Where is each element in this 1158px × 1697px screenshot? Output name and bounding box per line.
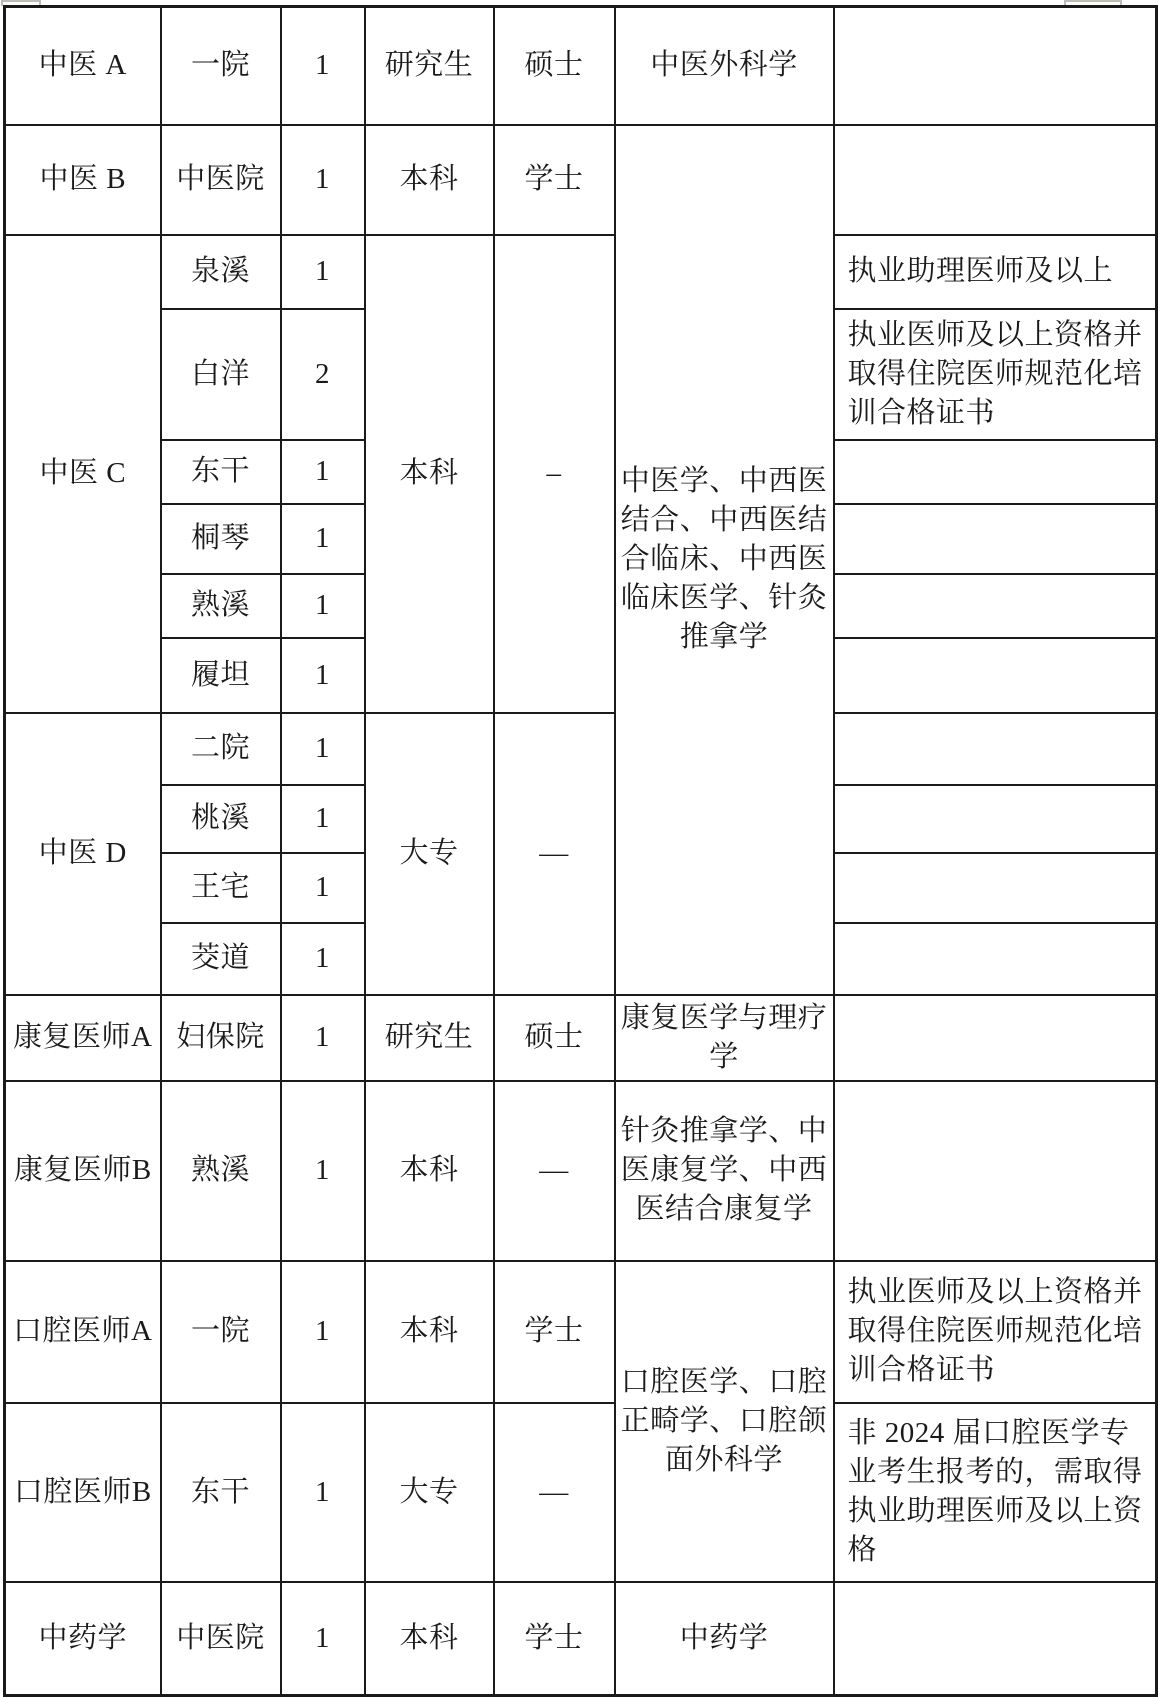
cell-location: 中医院 (161, 1582, 281, 1696)
cell-count: 1 (281, 785, 365, 853)
cell-count: 1 (281, 235, 365, 309)
cell-education: 研究生 (365, 7, 494, 125)
cell-count: 1 (281, 1261, 365, 1403)
cell-major: 中医外科学 (615, 7, 834, 125)
cell-count: 1 (281, 504, 365, 574)
cell-location: 桐琴 (161, 504, 281, 574)
cell-other: 非 2024 届口腔医学专业考生报考的，需取得执业助理医师及以上资格 (834, 1403, 1157, 1582)
cell-position: 口腔医师B (5, 1403, 161, 1582)
document-page: 中医 A 一院 1 研究生 硕士 中医外科学 中医 B 中医院 1 本科 学士 … (0, 0, 1158, 1697)
cell-count: 1 (281, 713, 365, 785)
cell-degree: 学士 (494, 125, 615, 235)
table-row: 口腔医师A 一院 1 本科 学士 口腔医学、口腔正畸学、口腔颌面外科学 执业医师… (5, 1261, 1157, 1403)
cell-count: 1 (281, 995, 365, 1081)
cell-position: 中医 D (5, 713, 161, 995)
cell-education: 本科 (365, 235, 494, 713)
cell-other (834, 638, 1157, 713)
cell-location: 东干 (161, 440, 281, 504)
cell-location: 妇保院 (161, 995, 281, 1081)
cell-location: 泉溪 (161, 235, 281, 309)
cell-count: 1 (281, 1403, 365, 1582)
cell-position: 康复医师A (5, 995, 161, 1081)
cell-count: 1 (281, 638, 365, 713)
cell-major-merged: 口腔医学、口腔正畸学、口腔颌面外科学 (615, 1261, 834, 1582)
table-row: 中医 B 中医院 1 本科 学士 中医学、中西医结合、中西医结合临床、中西医临床… (5, 125, 1157, 235)
cell-major-merged: 中医学、中西医结合、中西医结合临床、中西医临床医学、针灸推拿学 (615, 125, 834, 995)
cell-count: 1 (281, 574, 365, 638)
cell-count: 2 (281, 309, 365, 440)
cell-location: 熟溪 (161, 574, 281, 638)
cell-education: 大专 (365, 1403, 494, 1582)
cell-other: 执业医师及以上资格并取得住院医师规范化培训合格证书 (834, 309, 1157, 440)
cell-count: 1 (281, 125, 365, 235)
cell-other (834, 785, 1157, 853)
cell-degree: 学士 (494, 1582, 615, 1696)
table-row: 中医 D 二院 1 大专 — (5, 713, 1157, 785)
cell-education: 本科 (365, 125, 494, 235)
cell-degree: 硕士 (494, 7, 615, 125)
cell-education: 本科 (365, 1261, 494, 1403)
cell-position: 中医 A (5, 7, 161, 125)
cell-degree: 硕士 (494, 995, 615, 1081)
cell-location: 履坦 (161, 638, 281, 713)
cell-location: 一院 (161, 1261, 281, 1403)
cell-position: 康复医师B (5, 1081, 161, 1261)
cell-major: 针灸推拿学、中医康复学、中西医结合康复学 (615, 1081, 834, 1261)
cell-location: 一院 (161, 7, 281, 125)
cell-count: 1 (281, 1081, 365, 1261)
cell-count: 1 (281, 7, 365, 125)
table-row: 口腔医师B 东干 1 大专 — 非 2024 届口腔医学专业考生报考的，需取得执… (5, 1403, 1157, 1582)
cell-other (834, 574, 1157, 638)
cell-position: 口腔医师A (5, 1261, 161, 1403)
cell-major: 中药学 (615, 1582, 834, 1696)
cell-other (834, 995, 1157, 1081)
cell-count: 1 (281, 853, 365, 923)
cell-other: 执业医师及以上资格并取得住院医师规范化培训合格证书 (834, 1261, 1157, 1403)
cell-degree: – (494, 235, 615, 713)
cell-degree: — (494, 1403, 615, 1582)
cell-other (834, 7, 1157, 125)
cell-location: 东干 (161, 1403, 281, 1582)
cell-other: 执业助理医师及以上 (834, 235, 1157, 309)
cell-position: 中医 B (5, 125, 161, 235)
cell-other (834, 125, 1157, 235)
cell-location: 中医院 (161, 125, 281, 235)
cell-degree: 学士 (494, 1261, 615, 1403)
cell-position: 中药学 (5, 1582, 161, 1696)
table-row: 康复医师A 妇保院 1 研究生 硕士 康复医学与理疗学 (5, 995, 1157, 1081)
cell-count: 1 (281, 923, 365, 995)
cell-location: 茭道 (161, 923, 281, 995)
cell-count: 1 (281, 1582, 365, 1696)
cell-other (834, 1081, 1157, 1261)
cell-position: 中医 C (5, 235, 161, 713)
cell-location: 王宅 (161, 853, 281, 923)
cell-other (834, 713, 1157, 785)
table-row: 康复医师B 熟溪 1 本科 — 针灸推拿学、中医康复学、中西医结合康复学 (5, 1081, 1157, 1261)
cell-other (834, 923, 1157, 995)
cell-other (834, 853, 1157, 923)
cell-location: 熟溪 (161, 1081, 281, 1261)
cell-education: 大专 (365, 713, 494, 995)
cell-education: 研究生 (365, 995, 494, 1081)
cell-other (834, 1582, 1157, 1696)
cell-location: 桃溪 (161, 785, 281, 853)
cell-education: 本科 (365, 1081, 494, 1261)
cell-degree: — (494, 1081, 615, 1261)
table-row: 中医 C 泉溪 1 本科 – 执业助理医师及以上 (5, 235, 1157, 309)
cell-major: 康复医学与理疗学 (615, 995, 834, 1081)
cell-location: 白洋 (161, 309, 281, 440)
cell-education: 本科 (365, 1582, 494, 1696)
table-row: 中医 A 一院 1 研究生 硕士 中医外科学 (5, 7, 1157, 125)
table-row: 中药学 中医院 1 本科 学士 中药学 (5, 1582, 1157, 1696)
cell-location: 二院 (161, 713, 281, 785)
recruitment-table: 中医 A 一院 1 研究生 硕士 中医外科学 中医 B 中医院 1 本科 学士 … (3, 5, 1158, 1697)
cell-other (834, 504, 1157, 574)
cell-degree: — (494, 713, 615, 995)
cell-count: 1 (281, 440, 365, 504)
cell-other (834, 440, 1157, 504)
